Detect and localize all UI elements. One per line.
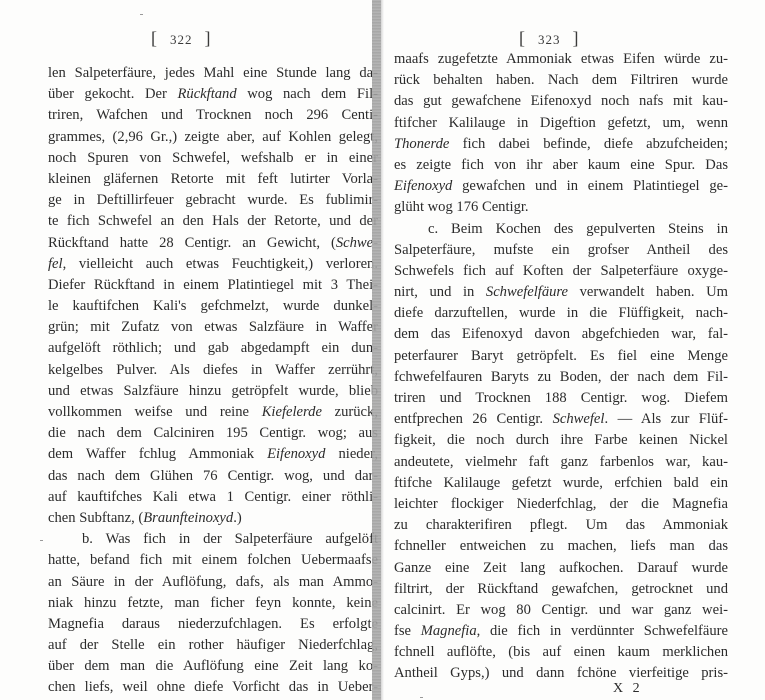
text-line: ge in Deftillirfeuer gebracht wurde. Es … [48,190,378,211]
italic-term: fel [48,256,63,272]
text-line: glüht wog 176 Centigr. [394,197,728,218]
text-line: triren und Trocknen 188 Centigr. wog. Di… [394,388,728,409]
text-line: Salpeterfäure, mufste ein grofser Anthei… [394,240,728,261]
text-line: calcinirt. Er wog 80 Centigr. und war ga… [394,600,728,621]
text-line: dem Waffer fchlug Ammoniak Eifenoxyd nie… [48,444,378,465]
book-gutter [372,0,381,700]
text-line: Magnefia daraus niederzufchlagen. Es erf… [48,614,378,635]
text-line: figkeit, die noch durch ihre Farbe keine… [394,430,728,451]
text-line: auf der Stelle ein rother häufiger Niede… [48,635,378,656]
text-line: noch Spuren von Schwefel, wefshalb er in… [48,148,378,169]
text-line: ftifcher Kalilauge in Digeftion gefetzt,… [394,113,728,134]
page-number-left: [322] [151,28,212,49]
text-line: chen liefs, weil ohne diefe Vorficht das… [48,677,378,698]
text-line: peterfaurer Baryt getröpfelt. Es fiel ei… [394,346,728,367]
text-line: vollkommen weifse und reine Kiefelerde z… [48,402,378,423]
scan-speck [140,14,143,15]
text-line: Thonerde fich dabei befinde, diefe abzuf… [394,134,728,155]
text-line: die nach dem Calciniren 195 Centigr. wog… [48,423,378,444]
italic-term: Braunfteinoxyd [143,510,233,526]
text-line: ftifche Kalilauge gefetzt wurde, erfchie… [394,473,728,494]
italic-term: Schwefel [553,411,605,427]
folio-bracket-close: ] [573,28,580,48]
text-line: Rückftand hatte 28 Centigr. an Gewicht, … [48,233,378,254]
scan-speck [40,540,43,541]
book-spread: [322] len Salpeterfäure, jedes Mahl eine… [0,0,765,700]
italic-term: Magnefia [421,623,477,639]
text-line: diefe darzuftellen, wurde in die Flüffig… [394,303,728,324]
right-page-body-text: maafs zugefetzte Ammoniak etwas Eifen wü… [394,49,728,685]
text-line: b. Was fich in der Salpeterfäure aufgelö… [48,529,378,550]
text-line: fchnell auflöfte, (bis auf einen kaum me… [394,642,728,663]
folio-bracket-open: [ [151,28,158,48]
text-line: und etwas Salzfäure hinzu getröpfelt wur… [48,381,378,402]
text-line: über gekocht. Der Rückftand wog nach dem… [48,84,378,105]
text-line: c. Beim Kochen des gepulverten Steins in [394,219,728,240]
text-line: le kauftifchen Kali's gefchmelzt, wurde … [48,296,378,317]
text-line: das gut gewafchene Eifenoxyd noch nafs m… [394,91,728,112]
scan-speck [420,697,423,698]
text-line: grammes, (2,96 Gr.,) zeigte aber, auf Ko… [48,127,378,148]
text-line: Eifenoxyd gewafchen und in einem Platint… [394,176,728,197]
text-line: leichter flockiger Niederfchlag, der die… [394,494,728,515]
italic-term: Kiefelerde [262,404,322,420]
folio-number: 323 [538,32,561,47]
text-line: filtrirt, der Rückftand gewafchen, getro… [394,579,728,600]
italic-term: Eifenoxyd [394,178,452,194]
text-line: Ganze eine Zeit lang aufkochen. Darauf w… [394,558,728,579]
right-page: [323] maafs zugefetzte Ammoniak etwas Ei… [384,0,765,700]
left-page-body-text: len Salpeterfäure, jedes Mahl eine Stund… [48,63,378,699]
text-line: fchwefelfauren Baryts zu Boden, der nach… [394,367,728,388]
text-line: an Säure in der Auflöfung, dafs, als man… [48,572,378,593]
text-line: fel, vielleicht auch etwas Feuchtigkeit,… [48,254,378,275]
left-page: [322] len Salpeterfäure, jedes Mahl eine… [0,0,372,700]
text-line: Antheil Gyps,) und dann fchöne vierfeiti… [394,663,728,684]
text-line: über dem man die Auflöfung eine Zeit lan… [48,656,378,677]
text-line: zu charakterifiren pflegt. Um das Ammoni… [394,515,728,536]
text-line: Schwefels fich auf Koften der Salpeterfä… [394,261,728,282]
italic-term: Eifenoxyd [267,446,325,462]
text-line: chen Subftanz, (Braunfteinoxyd.) [48,508,378,529]
text-line: aufgelöft röthlich; und gab abgedampft e… [48,338,378,359]
text-line: andeutete, vielmehr faft ganz farbenlos … [394,452,728,473]
text-line: triren, Wafchen und Trocknen noch 296 Ce… [48,105,378,126]
italic-term: Rückftand [177,86,236,102]
page-number-right: [323] [519,28,580,49]
italic-term: Thonerde [394,136,449,152]
text-line: entfprechen 26 Centigr. Schwefel. — Als … [394,409,728,430]
text-line: auf kauftifches Kali etwa 1 Centigr. ein… [48,487,378,508]
folio-bracket-open: [ [519,28,526,48]
text-line: grün; mit Zufatz von etwas Salzfäure in … [48,317,378,338]
text-line: fse Magnefia, die fich in verdünnter Sch… [394,621,728,642]
folio-bracket-close: ] [205,28,212,48]
text-line: dem das Eifenoxyd davon abgefchieden war… [394,324,728,345]
signature-mark: X 2 [613,681,643,697]
text-line: fchneller entweichen zu machen, liefs ma… [394,536,728,557]
text-line: maafs zugefetzte Ammoniak etwas Eifen wü… [394,49,728,70]
text-line: Diefer Rückftand in einem Platintiegel m… [48,275,378,296]
text-line: kelgelbes Pulver. Als diefes in Waffer z… [48,360,378,381]
text-line: hatte, befand fich mit einem folchen Ueb… [48,550,378,571]
italic-term: Schwefelfäure [486,284,568,300]
text-line: rück behalten haben. Nach dem Filtriren … [394,70,728,91]
text-line: kleinen gläfernen Retorte mit feft lutir… [48,169,378,190]
text-line: te fich Schwefel an den Hals der Retorte… [48,211,378,232]
text-line: nirt, und in Schwefelfäure verwandelt ha… [394,282,728,303]
text-line: es zeigte fich von ihr aber kaum eine Sp… [394,155,728,176]
text-line: niak hinzu fetzte, man ficher feyn konnt… [48,593,378,614]
text-line: das nach dem Glühen 76 Centigr. wog, und… [48,466,378,487]
folio-number: 322 [170,32,193,47]
text-line: len Salpeterfäure, jedes Mahl eine Stund… [48,63,378,84]
